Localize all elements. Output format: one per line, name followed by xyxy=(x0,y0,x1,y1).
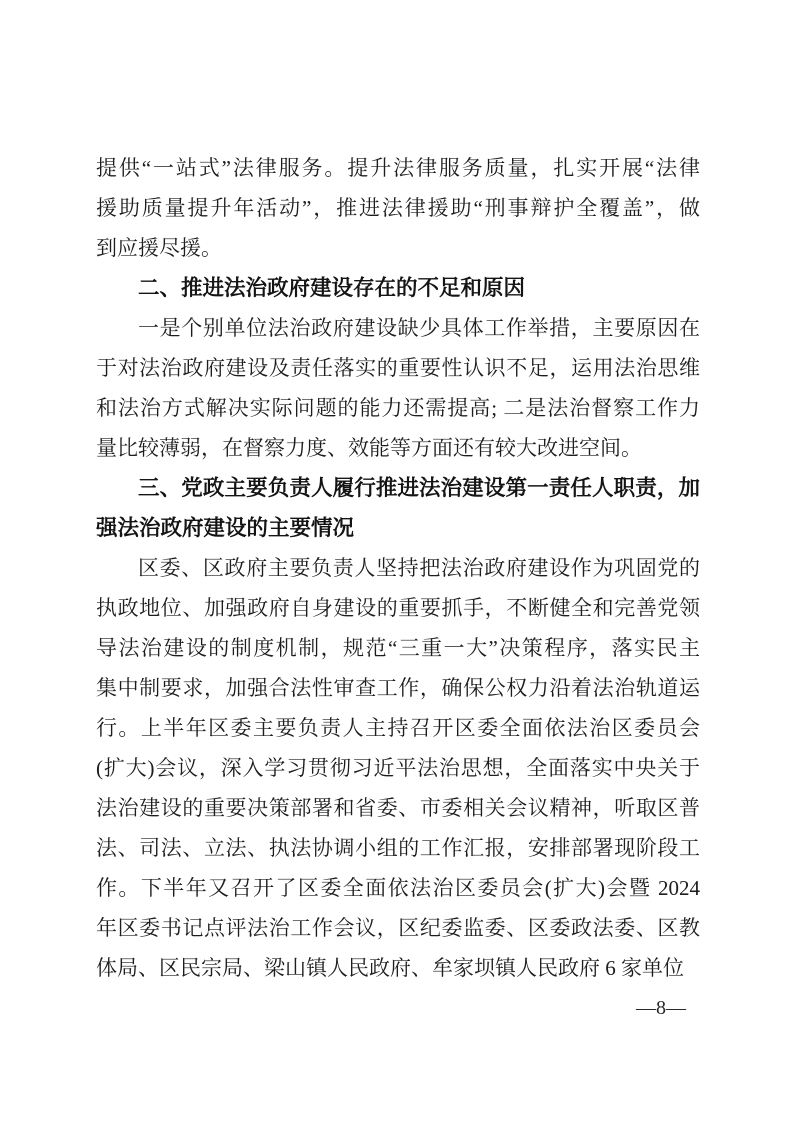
body-line: 作。下半年又召开了区委全面依法治区委员会(扩大)会暨 2024 xyxy=(96,868,700,908)
body-line: 提供“一站式”法律服务。提升法律服务质量，扎实开展“法律 xyxy=(96,148,700,188)
body-line: 执政地位、加强政府自身建设的重要抓手，不断健全和完善党领 xyxy=(96,588,700,628)
body-line: 区委、区政府主要负责人坚持把法治政府建设作为巩固党的 xyxy=(96,548,700,588)
body-line: 于对法治政府建设及责任落实的重要性认识不足，运用法治思维 xyxy=(96,348,700,388)
heading-line: 三、党政主要负责人履行推进法治建设第一责任人职责，加 xyxy=(96,468,700,508)
section-heading: 三、党政主要负责人履行推进法治建设第一责任人职责，加强法治政府建设的主要情况 xyxy=(96,468,700,548)
document-body: 提供“一站式”法律服务。提升法律服务质量，扎实开展“法律援助质量提升年活动”，推… xyxy=(96,148,700,988)
body-line: 年区委书记点评法治工作会议，区纪委监委、区委政法委、区教 xyxy=(96,908,700,948)
body-line: 法治建设的重要决策部署和省委、市委相关会议精神，听取区普 xyxy=(96,788,700,828)
paragraph: 一是个别单位法治政府建设缺少具体工作举措，主要原因在于对法治政府建设及责任落实的… xyxy=(96,308,700,468)
body-line: 和法治方式解决实际问题的能力还需提高; 二是法治督察工作力 xyxy=(96,388,700,428)
body-line: 法、司法、立法、执法协调小组的工作汇报，安排部署现阶段工 xyxy=(96,828,700,868)
document-page: 提供“一站式”法律服务。提升法律服务质量，扎实开展“法律援助质量提升年活动”，推… xyxy=(0,0,792,1121)
body-line: 导法治建设的制度机制，规范“三重一大”决策程序，落实民主 xyxy=(96,628,700,668)
paragraph: 提供“一站式”法律服务。提升法律服务质量，扎实开展“法律援助质量提升年活动”，推… xyxy=(96,148,700,268)
body-line: 行。上半年区委主要负责人主持召开区委全面依法治区委员会 xyxy=(96,708,700,748)
body-line: 一是个别单位法治政府建设缺少具体工作举措，主要原因在 xyxy=(96,308,700,348)
body-line: 量比较薄弱，在督察力度、效能等方面还有较大改进空间。 xyxy=(96,428,700,468)
body-line: 援助质量提升年活动”，推进法律援助“刑事辩护全覆盖”，做 xyxy=(96,188,700,228)
section-heading: 二、推进法治政府建设存在的不足和原因 xyxy=(96,268,700,308)
paragraph: 区委、区政府主要负责人坚持把法治政府建设作为巩固党的执政地位、加强政府自身建设的… xyxy=(96,548,700,988)
heading-line: 二、推进法治政府建设存在的不足和原因 xyxy=(96,268,700,308)
page-number: —8— xyxy=(636,995,686,1021)
heading-line: 强法治政府建设的主要情况 xyxy=(96,508,700,548)
body-line: 到应援尽援。 xyxy=(96,228,700,268)
body-line: 体局、区民宗局、梁山镇人民政府、牟家坝镇人民政府 6 家单位 xyxy=(96,948,700,988)
body-line: 集中制要求，加强合法性审查工作，确保公权力沿着法治轨道运 xyxy=(96,668,700,708)
body-line: (扩大)会议，深入学习贯彻习近平法治思想，全面落实中央关于 xyxy=(96,748,700,788)
